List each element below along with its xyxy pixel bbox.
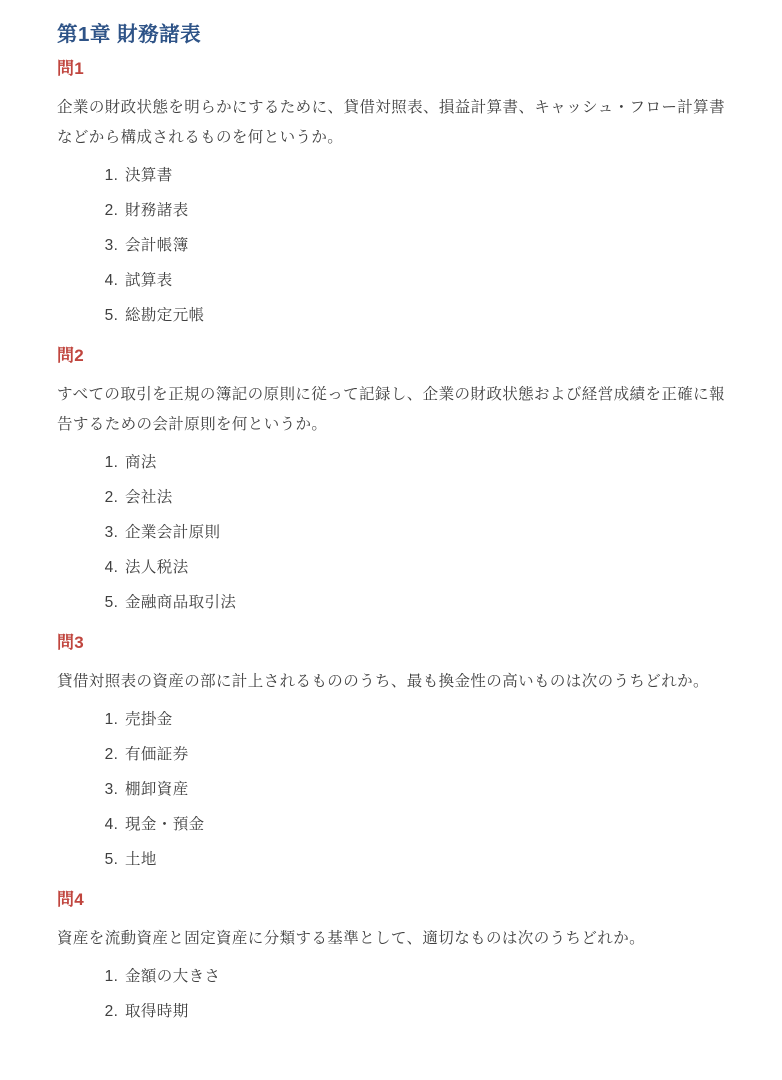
option-item: 法人税法 [123,550,725,585]
option-item: 試算表 [123,263,725,298]
question-list: 問1 企業の財政状態を明らかにするために、貸借対照表、損益計算書、キャッシュ・フ… [57,59,725,1029]
question-label: 問2 [57,346,725,366]
option-item: 取得時期 [123,994,725,1029]
question-label: 問3 [57,633,725,653]
option-item: 金額の大きさ [123,959,725,994]
option-item: 総勘定元帳 [123,298,725,333]
question-label: 問1 [57,59,725,79]
option-item: 土地 [123,842,725,877]
document-page: 第1章 財務諸表 問1 企業の財政状態を明らかにするために、貸借対照表、損益計算… [0,0,782,1029]
option-item: 財務諸表 [123,193,725,228]
option-item: 商法 [123,445,725,480]
option-item: 決算書 [123,158,725,193]
option-item: 会社法 [123,480,725,515]
option-item: 有価証券 [123,737,725,772]
option-item: 金融商品取引法 [123,585,725,620]
option-item: 現金・預金 [123,807,725,842]
question-section: 問2 すべての取引を正規の簿記の原則に従って記録し、企業の財政状態および経営成績… [57,346,725,620]
question-label: 問4 [57,890,725,910]
question-options: 商法会社法企業会計原則法人税法金融商品取引法 [57,445,725,620]
question-options: 売掛金有価証券棚卸資産現金・預金土地 [57,702,725,877]
question-text: すべての取引を正規の簿記の原則に従って記録し、企業の財政状態および経営成績を正確… [57,380,725,440]
question-section: 問3 貸借対照表の資産の部に計上されるもののうち、最も換金性の高いものは次のうち… [57,633,725,877]
option-item: 棚卸資産 [123,772,725,807]
question-text: 資産を流動資産と固定資産に分類する基準として、適切なものは次のうちどれか。 [57,924,725,954]
chapter-title: 第1章 財務諸表 [57,24,725,46]
question-options: 決算書財務諸表会計帳簿試算表総勘定元帳 [57,158,725,333]
question-text: 企業の財政状態を明らかにするために、貸借対照表、損益計算書、キャッシュ・フロー計… [57,93,725,153]
option-item: 企業会計原則 [123,515,725,550]
question-section: 問4 資産を流動資産と固定資産に分類する基準として、適切なものは次のうちどれか。… [57,890,725,1029]
question-text: 貸借対照表の資産の部に計上されるもののうち、最も換金性の高いものは次のうちどれか… [57,667,725,697]
option-item: 会計帳簿 [123,228,725,263]
option-item: 売掛金 [123,702,725,737]
question-section: 問1 企業の財政状態を明らかにするために、貸借対照表、損益計算書、キャッシュ・フ… [57,59,725,333]
question-options: 金額の大きさ取得時期 [57,959,725,1029]
